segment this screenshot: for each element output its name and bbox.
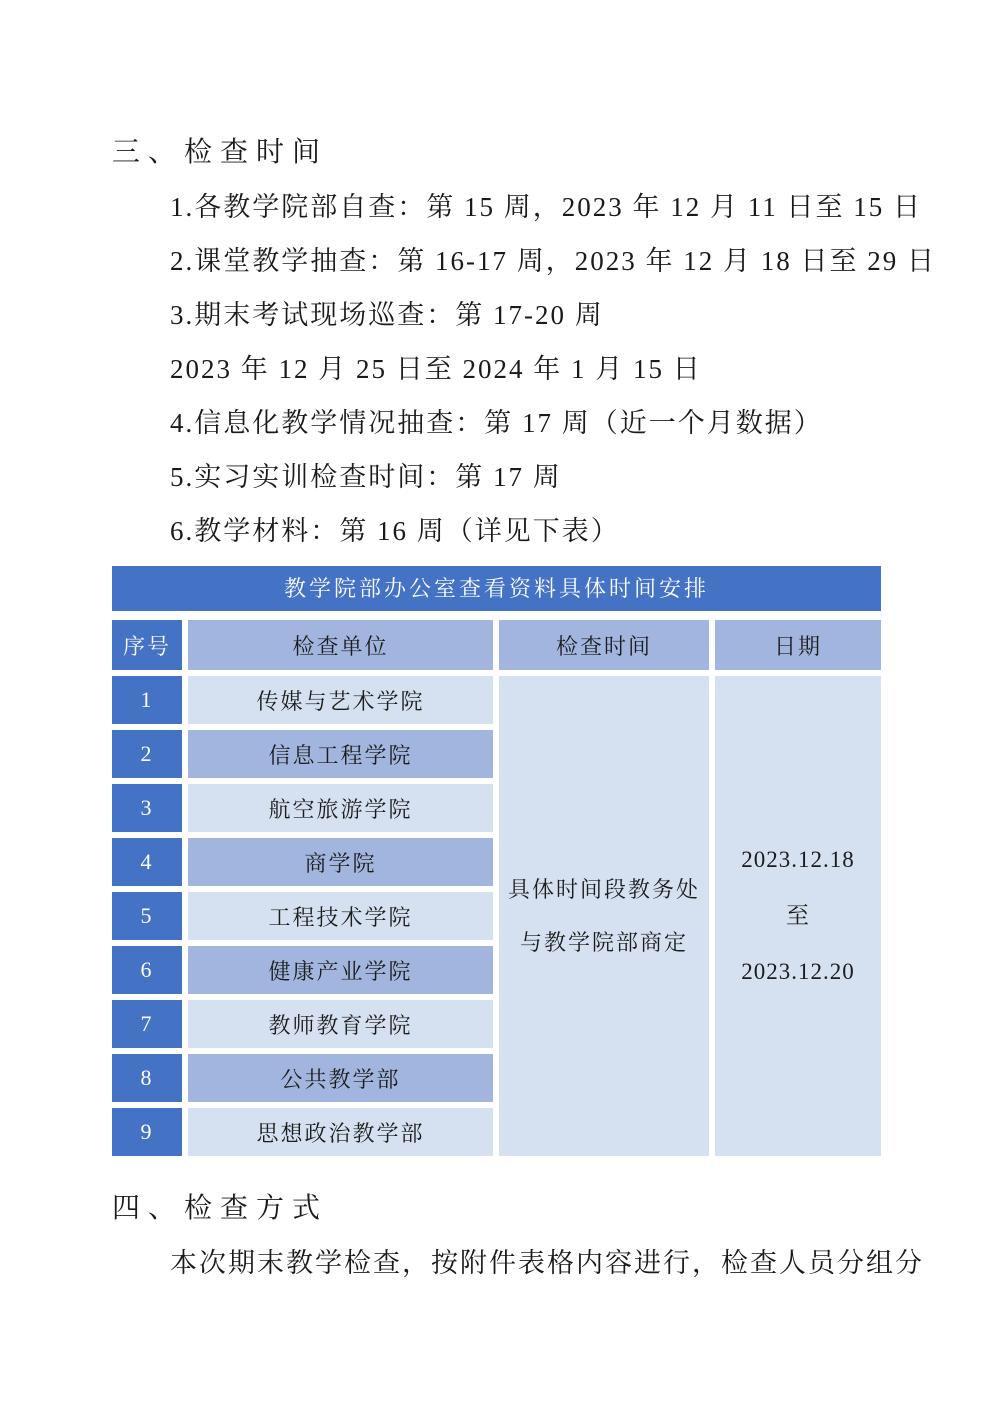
document-content: 三、检查时间 1.各教学院部自查：第 15 周，2023 年 12 月 11 日… xyxy=(112,126,881,1290)
section-4-heading: 四、检查方式 xyxy=(112,1182,881,1236)
list-item-4: 4.信息化教学情况抽查：第 17 周（近一个月数据） xyxy=(170,396,881,450)
section-4-paragraph: 本次期末教学检查，按附件表格内容进行，检查人员分组分 xyxy=(170,1236,881,1290)
list-item-3: 3.期末考试现场巡查：第 17-20 周 xyxy=(170,288,881,342)
date-start: 2023.12.18 xyxy=(741,832,855,888)
merged-time-cell: 具体时间段教务处 与教学院部商定 xyxy=(499,676,709,1156)
date-end: 2023.12.20 xyxy=(741,944,855,1000)
table-row-unit: 公共教学部 xyxy=(188,1054,493,1102)
column-header-no: 序号 xyxy=(112,620,182,670)
row-number: 8 xyxy=(112,1054,182,1102)
column-header-date: 日期 xyxy=(715,620,881,670)
row-number: 3 xyxy=(112,784,182,832)
table-row-unit: 教师教育学院 xyxy=(188,1000,493,1048)
list-item-2: 2.课堂教学抽查：第 16-17 周，2023 年 12 月 18 日至 29 … xyxy=(170,234,881,288)
table-title: 教学院部办公室查看资料具体时间安排 xyxy=(112,566,881,611)
section-3-heading: 三、检查时间 xyxy=(112,126,881,180)
check-time-list: 1.各教学院部自查：第 15 周，2023 年 12 月 11 日至 15 日 … xyxy=(112,180,881,558)
list-item-6: 6.教学材料：第 16 周（详见下表） xyxy=(170,504,881,558)
row-number: 1 xyxy=(112,676,182,724)
time-note-line-2: 与教学院部商定 xyxy=(520,916,688,969)
list-item-1: 1.各教学院部自查：第 15 周，2023 年 12 月 11 日至 15 日 xyxy=(170,180,881,234)
row-number: 6 xyxy=(112,946,182,994)
list-item-5: 5.实习实训检查时间：第 17 周 xyxy=(170,450,881,504)
table-row-unit: 健康产业学院 xyxy=(188,946,493,994)
date-to: 至 xyxy=(786,888,810,944)
table-row-unit: 传媒与艺术学院 xyxy=(188,676,493,724)
table-row-unit: 商学院 xyxy=(188,838,493,886)
table-row-unit: 信息工程学院 xyxy=(188,730,493,778)
row-number: 9 xyxy=(112,1108,182,1156)
row-number: 2 xyxy=(112,730,182,778)
table-grid: 序号 检查单位 检查时间 日期 具体时间段教务处 与教学院部商定 2023.12… xyxy=(112,620,881,1156)
table-row-unit: 工程技术学院 xyxy=(188,892,493,940)
column-header-unit: 检查单位 xyxy=(188,620,493,670)
row-number: 7 xyxy=(112,1000,182,1048)
list-item-3-continuation: 2023 年 12 月 25 日至 2024 年 1 月 15 日 xyxy=(170,342,881,396)
table-row-unit: 思想政治教学部 xyxy=(188,1108,493,1156)
time-note-line-1: 具体时间段教务处 xyxy=(508,863,700,916)
column-header-time: 检查时间 xyxy=(499,620,709,670)
schedule-table: 教学院部办公室查看资料具体时间安排 序号 检查单位 检查时间 日期 具体时间段教… xyxy=(112,566,881,1156)
document-page: 三、检查时间 1.各教学院部自查：第 15 周，2023 年 12 月 11 日… xyxy=(0,0,992,1403)
merged-date-cell: 2023.12.18 至 2023.12.20 xyxy=(715,676,881,1156)
table-row-unit: 航空旅游学院 xyxy=(188,784,493,832)
row-number: 4 xyxy=(112,838,182,886)
row-number: 5 xyxy=(112,892,182,940)
